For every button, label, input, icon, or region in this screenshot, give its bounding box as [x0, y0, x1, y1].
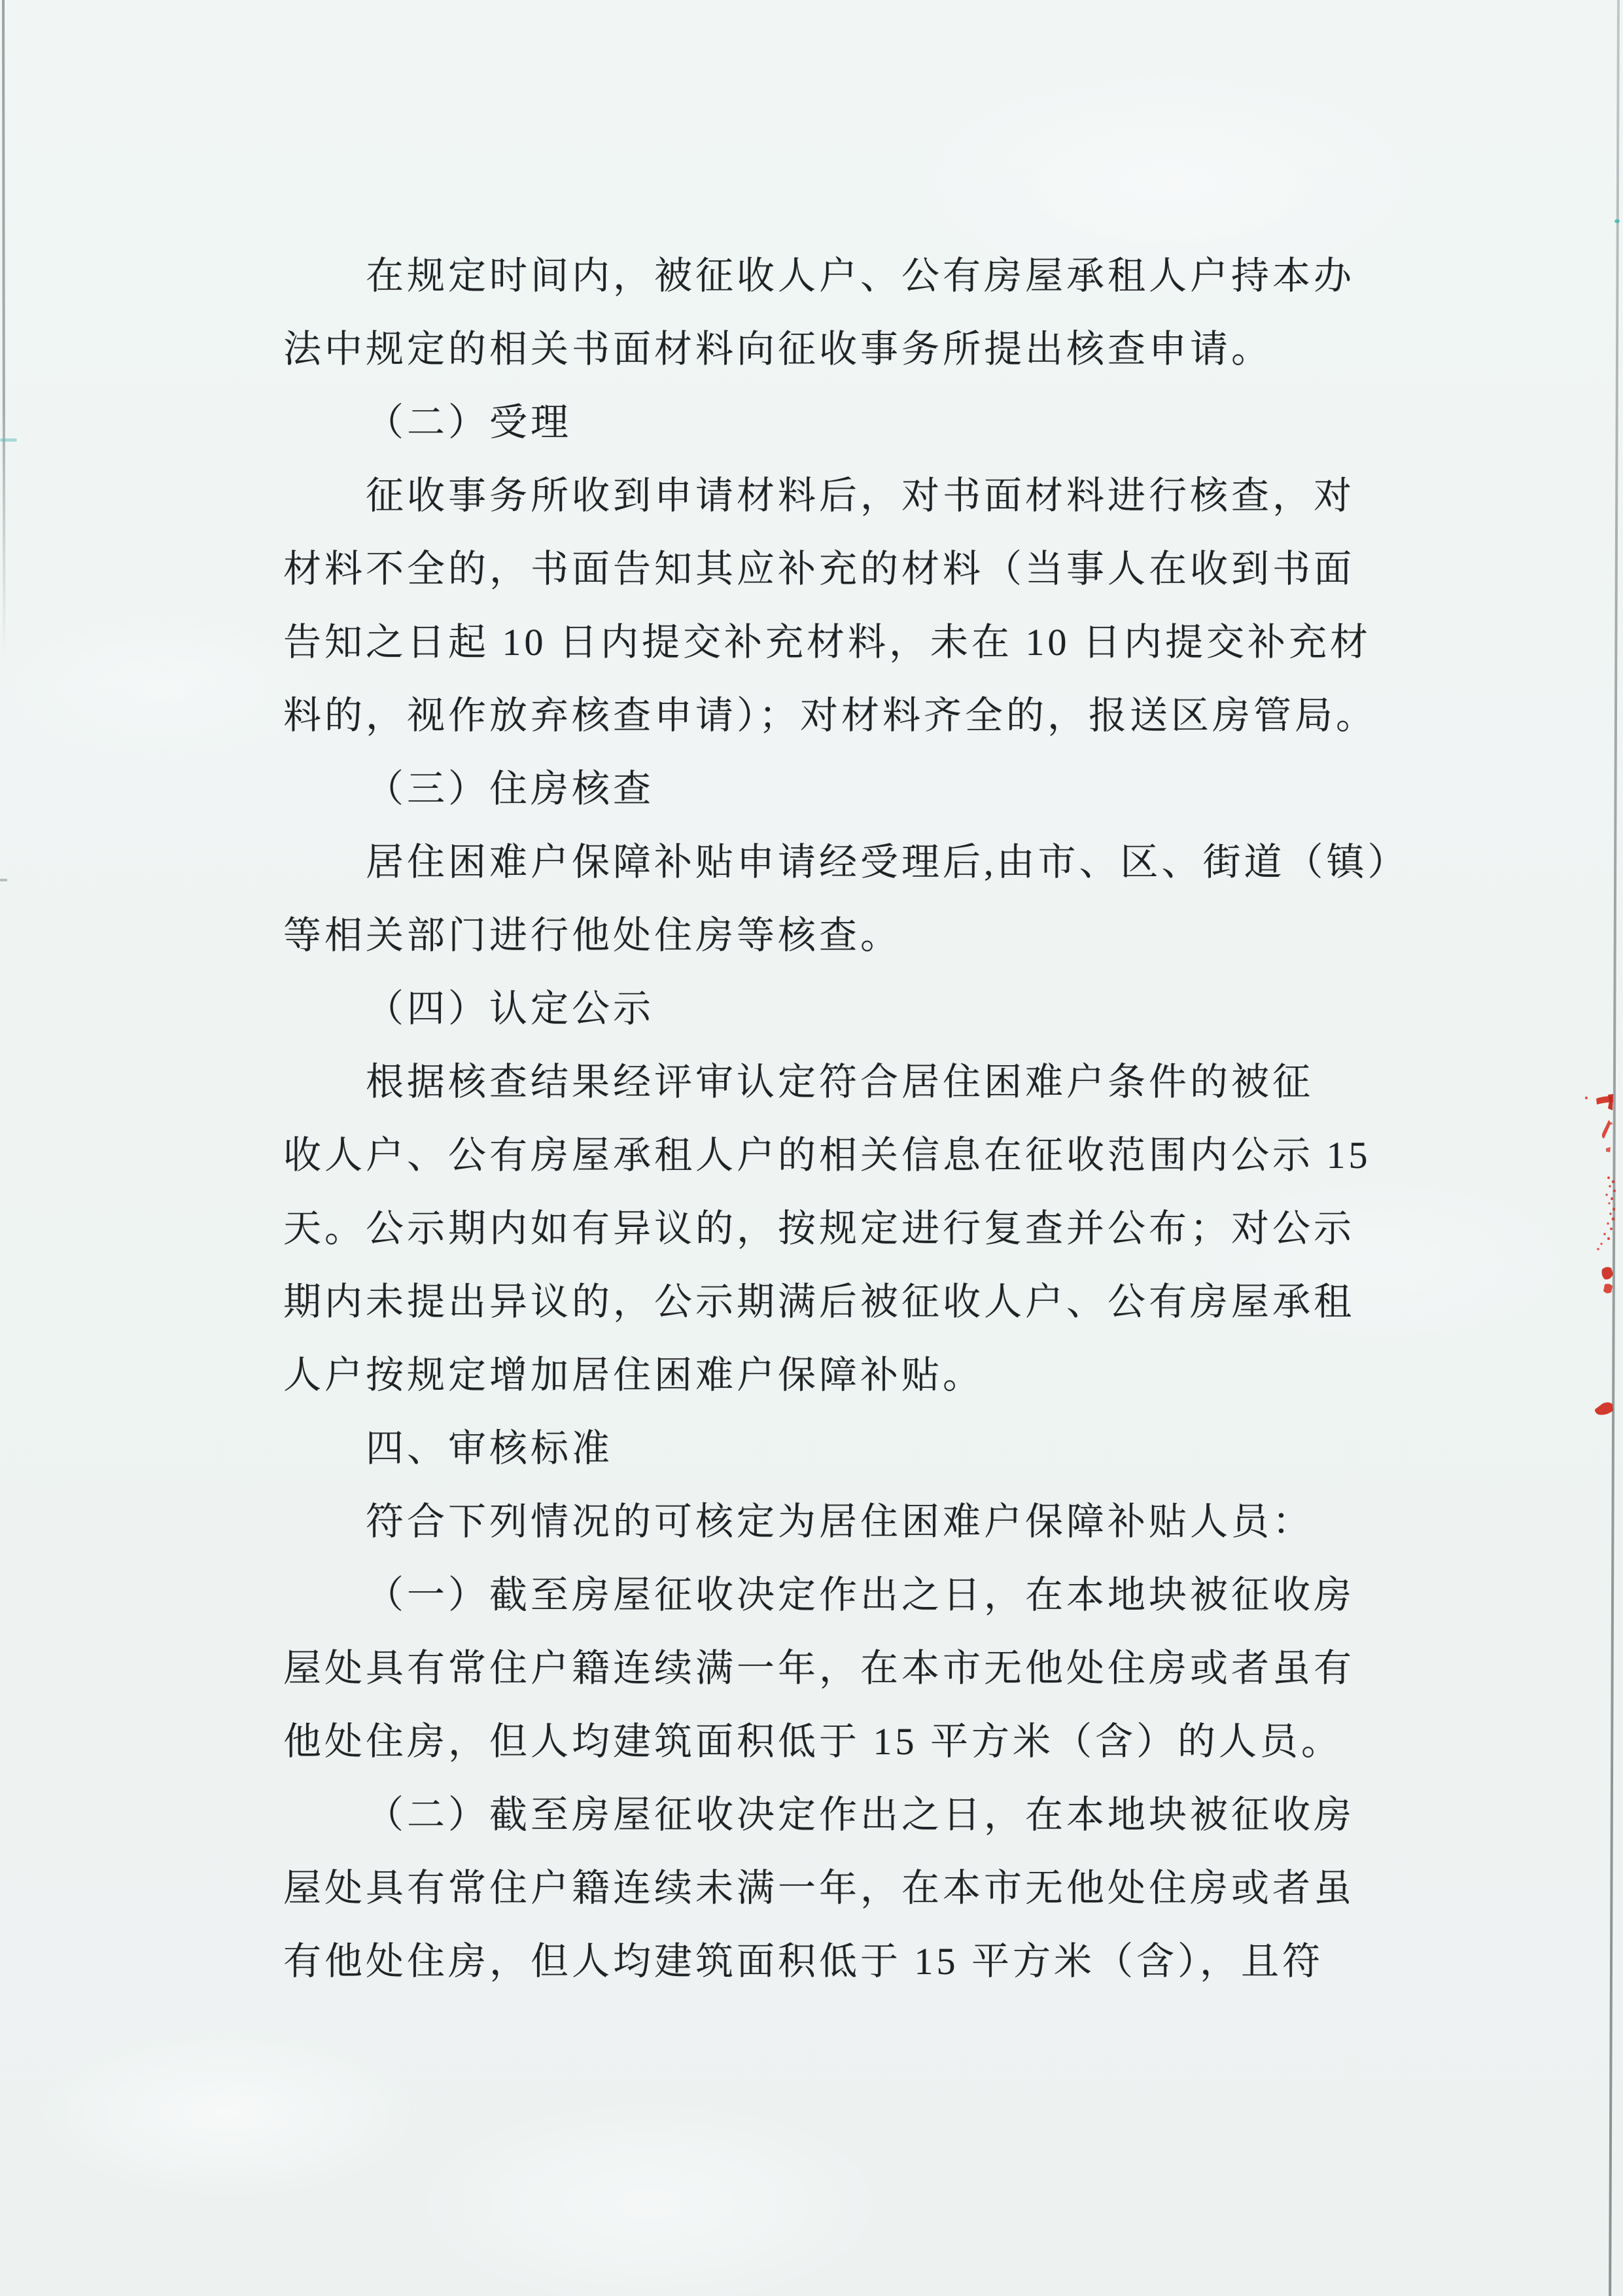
document-line: 材料不全的，书面告知其应补充的材料（当事人在收到书面: [283, 533, 1395, 606]
red-ink-fragment: [1606, 1147, 1611, 1152]
document-line: 天。公示期内如有异议的，按规定进行复查并公布；对公示: [283, 1192, 1395, 1265]
document-line: 在规定时间内，被征收人户、公有房屋承租人户持本办: [283, 239, 1395, 313]
document-line: 收人户、公有房屋承租人户的相关信息在征收范围内公示 15: [283, 1119, 1395, 1192]
red-ink-fragment: [1603, 1284, 1613, 1294]
red-ink-dot-trail: [1597, 1208, 1615, 1250]
document-line: 根据核查结果经评审认定符合居住困难户条件的被征: [283, 1046, 1395, 1119]
scanned-page: 在规定时间内，被征收人户、公有房屋承租人户持本办法中规定的相关书面材料向征收事务…: [0, 0, 1623, 2296]
document-line: 屋处具有常住户籍连续满一年，在本市无他处住房或者虽有: [283, 1632, 1395, 1705]
document-line: （二）截至房屋征收决定作出之日，在本地块被征收房: [283, 1778, 1395, 1852]
red-ink-fragment: [1585, 1097, 1588, 1099]
page-edge-line-left: [2, 0, 5, 654]
document-line: 屋处具有常住户籍连续未满一年，在本市无他处住房或者虽: [283, 1852, 1395, 1925]
red-ink-fragment: [1595, 1402, 1613, 1415]
red-ink-fragment: [1610, 1122, 1613, 1125]
document-line: 法中规定的相关书面材料向征收事务所提出核查申请。: [283, 313, 1395, 386]
document-line: 四、审核标准: [283, 1412, 1395, 1485]
document-line: 征收事务所收到申请材料后，对书面材料进行核查，对: [283, 459, 1395, 533]
document-line: 居住困难户保障补贴申请经受理后,由市、区、街道（镇）: [283, 826, 1395, 899]
teal-speck: [1614, 219, 1620, 223]
document-line: 料的，视作放弃核查申请）；对材料齐全的，报送区房管局。: [283, 679, 1395, 752]
document-line: 他处住房，但人均建筑面积低于 15 平方米（含）的人员。: [283, 1705, 1395, 1778]
document-line: 人户按规定增加居住困难户保障补贴。: [283, 1339, 1395, 1412]
document-line: 符合下列情况的可核定为居住困难户保障补贴人员：: [283, 1485, 1395, 1559]
document-line: （一）截至房屋征收决定作出之日，在本地块被征收房: [283, 1559, 1395, 1632]
document-line: （二）受理: [283, 386, 1395, 459]
left-edge-tick: [0, 879, 7, 881]
red-ink-fragment: [1602, 1267, 1614, 1279]
teal-smear: [0, 438, 17, 442]
document-line: 期内未提出异议的，公示期满后被征收人户、公有房屋承租: [283, 1265, 1395, 1339]
document-line: 告知之日起 10 日内提交补充材料，未在 10 日内提交补充材: [283, 606, 1395, 679]
document-line: 有他处住房，但人均建筑面积低于 15 平方米（含），且符: [283, 1925, 1395, 1998]
red-ink-fragments: [1580, 1086, 1623, 1426]
document-line: （三）住房核查: [283, 752, 1395, 826]
document-line: 等相关部门进行他处住房等核查。: [283, 899, 1395, 972]
red-ink-fragment: [1602, 1120, 1611, 1139]
document-text: 在规定时间内，被征收人户、公有房屋承租人户持本办法中规定的相关书面材料向征收事务…: [283, 239, 1395, 1998]
red-ink-dot-cluster: [1605, 1176, 1616, 1205]
document-line: （四）认定公示: [283, 972, 1395, 1046]
